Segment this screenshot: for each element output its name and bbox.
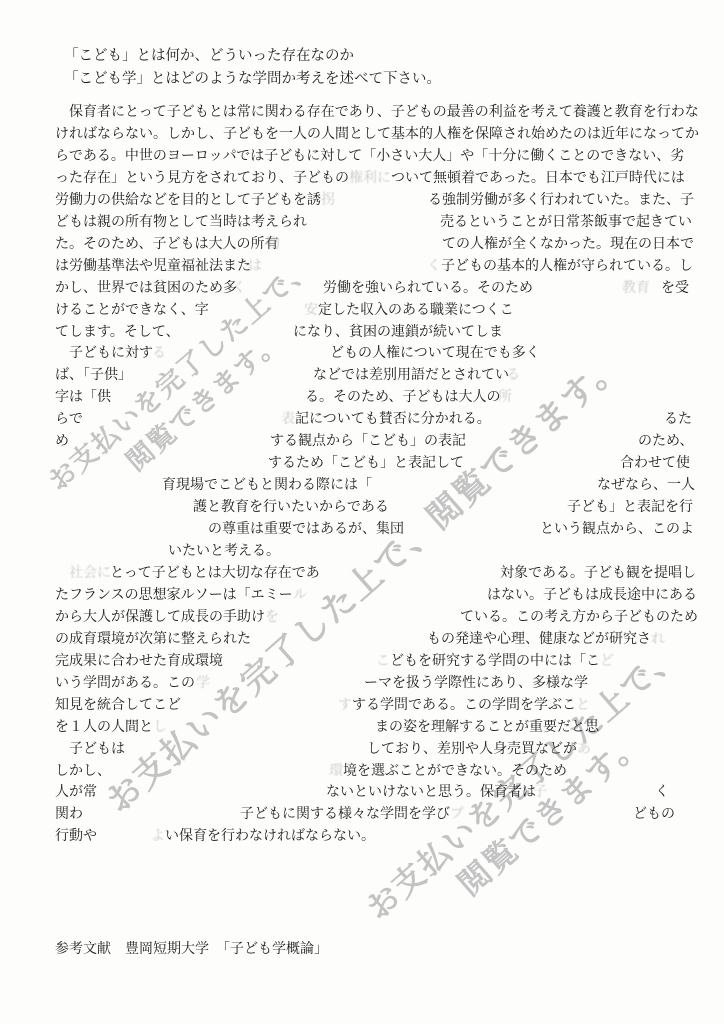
text-fragment: 合わせて使 (620, 453, 690, 475)
text-line: った存在」という見方をされており、子どもの権利について無頓着であった。日本でも江… (0, 168, 724, 190)
text-line: 子どもに対するどもの人権について現在でも多く (0, 343, 724, 365)
document-page: お支払いを完了した上で、閲覧できます。お支払いを完了した上で、閲覧できます。お支… (0, 0, 724, 1024)
text-fragment: るた (664, 409, 692, 431)
question-line-1: 「こども」とは何か、どういった存在なのか (64, 44, 354, 65)
text-fragment: 労働を強いられている。そのため (323, 278, 533, 300)
text-fragment: する観点から「こども」の表記 (270, 431, 466, 453)
text-line: 行動やよい保育を行わなければならない。 (0, 826, 724, 848)
text-fragment: もの発達や心理、健康などが研究さ (427, 629, 651, 651)
smudged-text-fragment: る (506, 365, 520, 387)
text-line: から大人が保護して成長の手助けをている。この考え方から子どものため (0, 607, 724, 629)
smudged-text-fragment: 権利に (349, 168, 391, 190)
text-fragment: はない。子どもは成長途中にある (487, 585, 697, 607)
text-line: たフランスの思想家ルソーは「エミールはない。子どもは成長途中にある (0, 585, 724, 607)
smudged-text-fragment: 子 (533, 782, 547, 804)
text-fragment: る。そのため、子どもは大人の (305, 387, 500, 409)
smudged-text-fragment: 環 (329, 761, 343, 783)
text-fragment: る強制労働が多く行われていた。また、子 (428, 190, 694, 212)
smudged-text-fragment: を (265, 607, 279, 629)
text-line: の尊重は重要ではあるが、集団という観点から、このよ (0, 519, 724, 541)
text-fragment: 知見を統合してこど (55, 695, 181, 717)
text-line: けることができなく、字安定した収入のある職業につくこ (0, 300, 724, 322)
text-fragment: ついて無頓着であった。日本でも江戸時代には (391, 168, 685, 190)
text-line: の成育環境が次第に整えられたもの発達や心理、健康などが研究され (0, 629, 724, 651)
text-fragment: 護と教育を行いたいからである (193, 497, 389, 519)
smudged-text-fragment: し (153, 717, 167, 739)
smudged-text-fragment: あ (577, 739, 591, 761)
question-line-2: 「こども学」とはどのような学問か考えを述べて下さい。 (64, 67, 441, 88)
smudged-text-fragment: る (152, 343, 166, 365)
text-fragment: た。そのため、子どもは大人の所有 (55, 234, 278, 256)
text-fragment: などでは差別用語だとされてい (313, 365, 509, 387)
smudged-text-fragment: 所 (498, 387, 512, 409)
text-fragment: 子ども」と表記を行 (567, 497, 693, 519)
text-fragment: ば、「子供」 (55, 365, 132, 387)
text-fragment: 行動や (55, 826, 97, 848)
text-line: 知見を統合してこどすする学問である。この学問を学ぶこと (0, 695, 724, 717)
text-fragment: どもを研究する学問の中には「こ (390, 651, 600, 673)
text-fragment: ーマを扱う学際性にあり、多様な学 (364, 673, 588, 695)
text-line: 子どもはしており、差別や人身売買などがあ (0, 739, 724, 761)
smudged-text-fragment: よ (151, 826, 165, 848)
text-fragment: まの姿を理解することが重要だと思 (375, 717, 599, 739)
text-line: は労働基準法や児童福祉法またはく子どもの基本的人権が守られている。し (0, 256, 724, 278)
smudged-text-fragment: ど (600, 651, 614, 673)
smudged-text-fragment: 安 (304, 300, 318, 322)
text-line: 労働力の供給などを目的として子どもを誘拐る強制労働が多く行われていた。また、子 (0, 190, 724, 212)
smudged-text-fragment: 拐 (321, 190, 335, 212)
text-fragment: らである。中世のヨーロッパでは子どもに対して「小さい大人」や「十分に働くことので… (55, 146, 684, 168)
smudged-text-fragment: 社会に (69, 563, 111, 585)
text-fragment: ないといけないと思う。保育者は (326, 782, 536, 804)
smudged-text-fragment: こ (376, 651, 390, 673)
text-fragment: ている。この考え方から子どものため (460, 607, 698, 629)
text-line: た。そのため、子どもは大人の所有物ての人権が全くなかった。現在の日本で (0, 234, 724, 256)
text-fragment: いたいと考える。 (168, 541, 280, 563)
smudged-text-fragment: 表 (281, 409, 295, 431)
text-line: 保育者にとって子どもとは常に関わる存在であり、子どもの最善の利益を考えて養護と教… (0, 102, 724, 124)
text-fragment: 対象である。子ども観を提唱し (500, 563, 696, 585)
text-line: めする観点から「こども」の表記のため、 (0, 431, 724, 453)
text-fragment: という観点から、このよ (540, 519, 694, 541)
text-line: ければならない。しかし、子どもを一人の人間として基本的人権を保障され始めたのは近… (0, 124, 724, 146)
text-line: 完成果に合わせた育成環境こどもを研究する学問の中には「こど (0, 651, 724, 673)
smudged-text-fragment: は (248, 256, 262, 278)
text-fragment: い保育を行わなければならない。 (165, 826, 375, 848)
smudged-text-fragment: く (427, 256, 441, 278)
smudged-text-fragment: と (576, 695, 590, 717)
text-fragment: から大人が保護して成長の手助け (55, 607, 265, 629)
text-line: 護と教育を行いたいからである子ども」と表記を行 (0, 497, 724, 519)
text-line: らで表記についても賛否に分かれる。るた (0, 409, 724, 431)
text-fragment: め (55, 431, 69, 453)
text-fragment: を受 (661, 278, 689, 300)
text-line: 社会にとって子どもとは大切な存在であ対象である。子ども観を提唱し (0, 563, 724, 585)
text-fragment: 記についても賛否に分かれる。 (295, 409, 491, 431)
text-fragment: 関わ (55, 804, 83, 826)
reference-line: 参考文献 豊岡短期大学 「子ども学概論」 (55, 938, 328, 958)
text-line: 人が常ないといけないと思う。保育者は子く (0, 782, 724, 804)
text-fragment: を１人の人間と (55, 717, 153, 739)
text-line: いたいと考える。 (0, 541, 724, 563)
text-fragment: しかし、 (55, 761, 111, 783)
text-fragment: 労働力の供給などを目的として子どもを誘 (55, 190, 321, 212)
text-fragment: しており、差別や人身売買などが (367, 739, 577, 761)
smudged-text-fragment: く (232, 278, 246, 300)
text-fragment: 育現場でこどもと関わる際には「 (162, 475, 372, 497)
text-fragment: どもの人権について現在でも多く (330, 343, 540, 365)
text-fragment: どもは親の所有物として当時は考えられ (55, 212, 307, 234)
text-line: かし、世界では貧困のため多く労働を強いられている。そのため教育を受 (0, 278, 724, 300)
text-fragment: 子どもに対す (69, 343, 153, 365)
text-fragment: するため「こども」と表記して (268, 453, 464, 475)
text-fragment: った存在」という見方をされており、子どもの (55, 168, 349, 190)
text-fragment: 完成果に合わせた育成環境 (55, 651, 223, 673)
text-fragment: てします。そして、 (55, 322, 180, 344)
text-fragment: の尊重は重要ではあるが、集団 (208, 519, 404, 541)
text-fragment: けることができなく、字 (55, 300, 209, 322)
text-fragment: いう学問がある。この (55, 673, 195, 695)
text-fragment: ければならない。しかし、子どもを一人の人間として基本的人権を保障され始めたのは近… (55, 124, 699, 146)
text-fragment: ての人権が全くなかった。現在の日本で (442, 234, 694, 256)
text-line: ば、「子供」などでは差別用語だとされている (0, 365, 724, 387)
text-line: いう学問がある。この学ーマを扱う学際性にあり、多様な学 (0, 673, 724, 695)
text-fragment: 保育者にとって子どもとは常に関わる存在であり、子どもの最善の利益を考えて養護と教… (55, 102, 699, 124)
text-fragment: 人が常 (55, 782, 97, 804)
text-fragment: する学問である。この学問を学ぶこ (352, 695, 576, 717)
text-fragment: とって子どもとは大切な存在であ (110, 563, 320, 585)
smudged-text-fragment: プ (450, 804, 464, 826)
text-line: どもは親の所有物として当時は考えられ売るということが日常茶飯事で起きてい (0, 212, 724, 234)
text-fragment: く (655, 782, 669, 804)
smudged-text-fragment: 教育 (622, 278, 650, 300)
text-fragment: どもの (633, 804, 675, 826)
text-fragment: なぜなら、一人 (597, 475, 695, 497)
text-fragment: かし、世界では貧困のため多 (55, 278, 237, 300)
text-fragment: は労働基準法や児童福祉法また (55, 256, 251, 278)
text-fragment: 子どもは (69, 739, 125, 761)
text-fragment: 定した収入のある職業につくこ (318, 300, 514, 322)
text-line: 育現場でこどもと関わる際には「なぜなら、一人 (0, 475, 724, 497)
smudged-text-fragment: ル (293, 585, 307, 607)
text-fragment: の成育環境が次第に整えられた (55, 629, 251, 651)
text-fragment: たフランスの思想家ルソーは「エミー (55, 585, 293, 607)
text-fragment: 子どもの基本的人権が守られている。し (441, 256, 693, 278)
smudged-text-fragment: れ (651, 629, 665, 651)
text-fragment: 売るということが日常茶飯事で起きてい (440, 212, 692, 234)
text-fragment: 字は「供 (55, 387, 111, 409)
text-fragment: のため、 (638, 431, 693, 453)
text-line: を１人の人間としまの姿を理解することが重要だと思 (0, 717, 724, 739)
text-fragment: 境を選ぶことができない。そのため (343, 761, 567, 783)
smudged-text-fragment: 物 (266, 234, 280, 256)
text-line: 字は「供る。そのため、子どもは大人の所 (0, 387, 724, 409)
text-line: てします。そして、になり、貧困の連鎖が続いてしま (0, 322, 724, 344)
text-fragment: 子どもに関する様々な学問を学び (240, 804, 450, 826)
text-line: 関わ子どもに関する様々な学問を学びプどもの (0, 804, 724, 826)
text-fragment: らで (55, 409, 83, 431)
smudged-text-fragment: す (338, 695, 352, 717)
text-layer: 「こども」とは何か、どういった存在なのか 「こども学」とはどのような学問か考えを… (0, 0, 724, 1024)
text-line: するため「こども」と表記して合わせて使 (0, 453, 724, 475)
text-fragment: になり、貧困の連鎖が続いてしま (293, 322, 503, 344)
text-line: しかし、環境を選ぶことができない。そのため (0, 761, 724, 783)
text-line: らである。中世のヨーロッパでは子どもに対して「小さい大人」や「十分に働くことので… (0, 146, 724, 168)
smudged-text-fragment: 学 (196, 673, 210, 695)
